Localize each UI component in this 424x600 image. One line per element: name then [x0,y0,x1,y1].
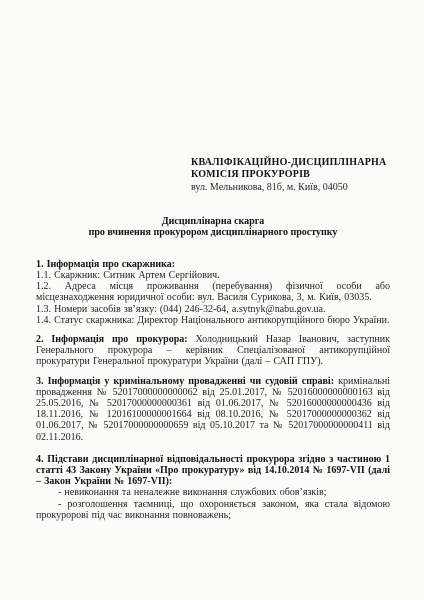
section-1-item-status: 1.4. Статус скаржника: Директор Націонал… [36,315,390,326]
document-title-line1: Дисциплінарна скарга [36,216,390,228]
document-content: КВАЛІФІКАЦІЙНО-ДИСЦИПЛІНАРНА КОМІСІЯ ПРО… [36,0,390,521]
org-name-line2: КОМІСІЯ ПРОКУРОРІВ [191,169,390,181]
section-1-item-complainant: 1.1. Скаржник: Ситник Артем Сергійович. [36,270,390,281]
section-complainant-info: 1. Інформація про скаржника: 1.1. Скаржн… [36,259,390,326]
section-2-lead: 2. Інформація про прокурора: [36,334,188,345]
scanned-document-page: КВАЛІФІКАЦІЙНО-ДИСЦИПЛІНАРНА КОМІСІЯ ПРО… [0,0,424,600]
document-title: Дисциплінарна скарга про вчинення прокур… [36,216,390,239]
section-3-lead: 3. Інформація у кримінальному провадженн… [36,376,334,387]
section-disciplinary-grounds: 4. Підстави дисциплінарної відповідально… [36,454,390,521]
section-1-item-address: 1.2. Адреса місця проживання (перебуванн… [36,281,390,303]
section-4-heading: 4. Підстави дисциплінарної відповідально… [36,454,390,488]
section-4-ground-disclosure: - розголошення таємниці, що охороняється… [36,499,390,521]
section-1-item-contacts: 1.3. Номери засобів зв’язку: (044) 246-3… [36,304,390,315]
org-name-line1: КВАЛІФІКАЦІЙНО-ДИСЦИПЛІНАРНА [191,157,390,169]
document-title-line2: про вчинення прокурором дисциплінарного … [36,227,390,239]
section-prosecutor-info: 2. Інформація про прокурора: Холодницьки… [36,334,390,368]
recipient-block: КВАЛІФІКАЦІЙНО-ДИСЦИПЛІНАРНА КОМІСІЯ ПРО… [191,157,390,195]
section-4-ground-nonperformance: - невиконання та неналежне виконання слу… [36,487,390,498]
section-2-paragraph: 2. Інформація про прокурора: Холодницьки… [36,334,390,368]
org-address: вул. Мельникова, 81б, м. Київ, 04050 [191,182,390,194]
section-3-paragraph: 3. Інформація у кримінальному провадженн… [36,376,390,443]
section-1-heading: 1. Інформація про скаржника: [36,259,390,270]
section-criminal-proceedings: 3. Інформація у кримінальному провадженн… [36,376,390,443]
